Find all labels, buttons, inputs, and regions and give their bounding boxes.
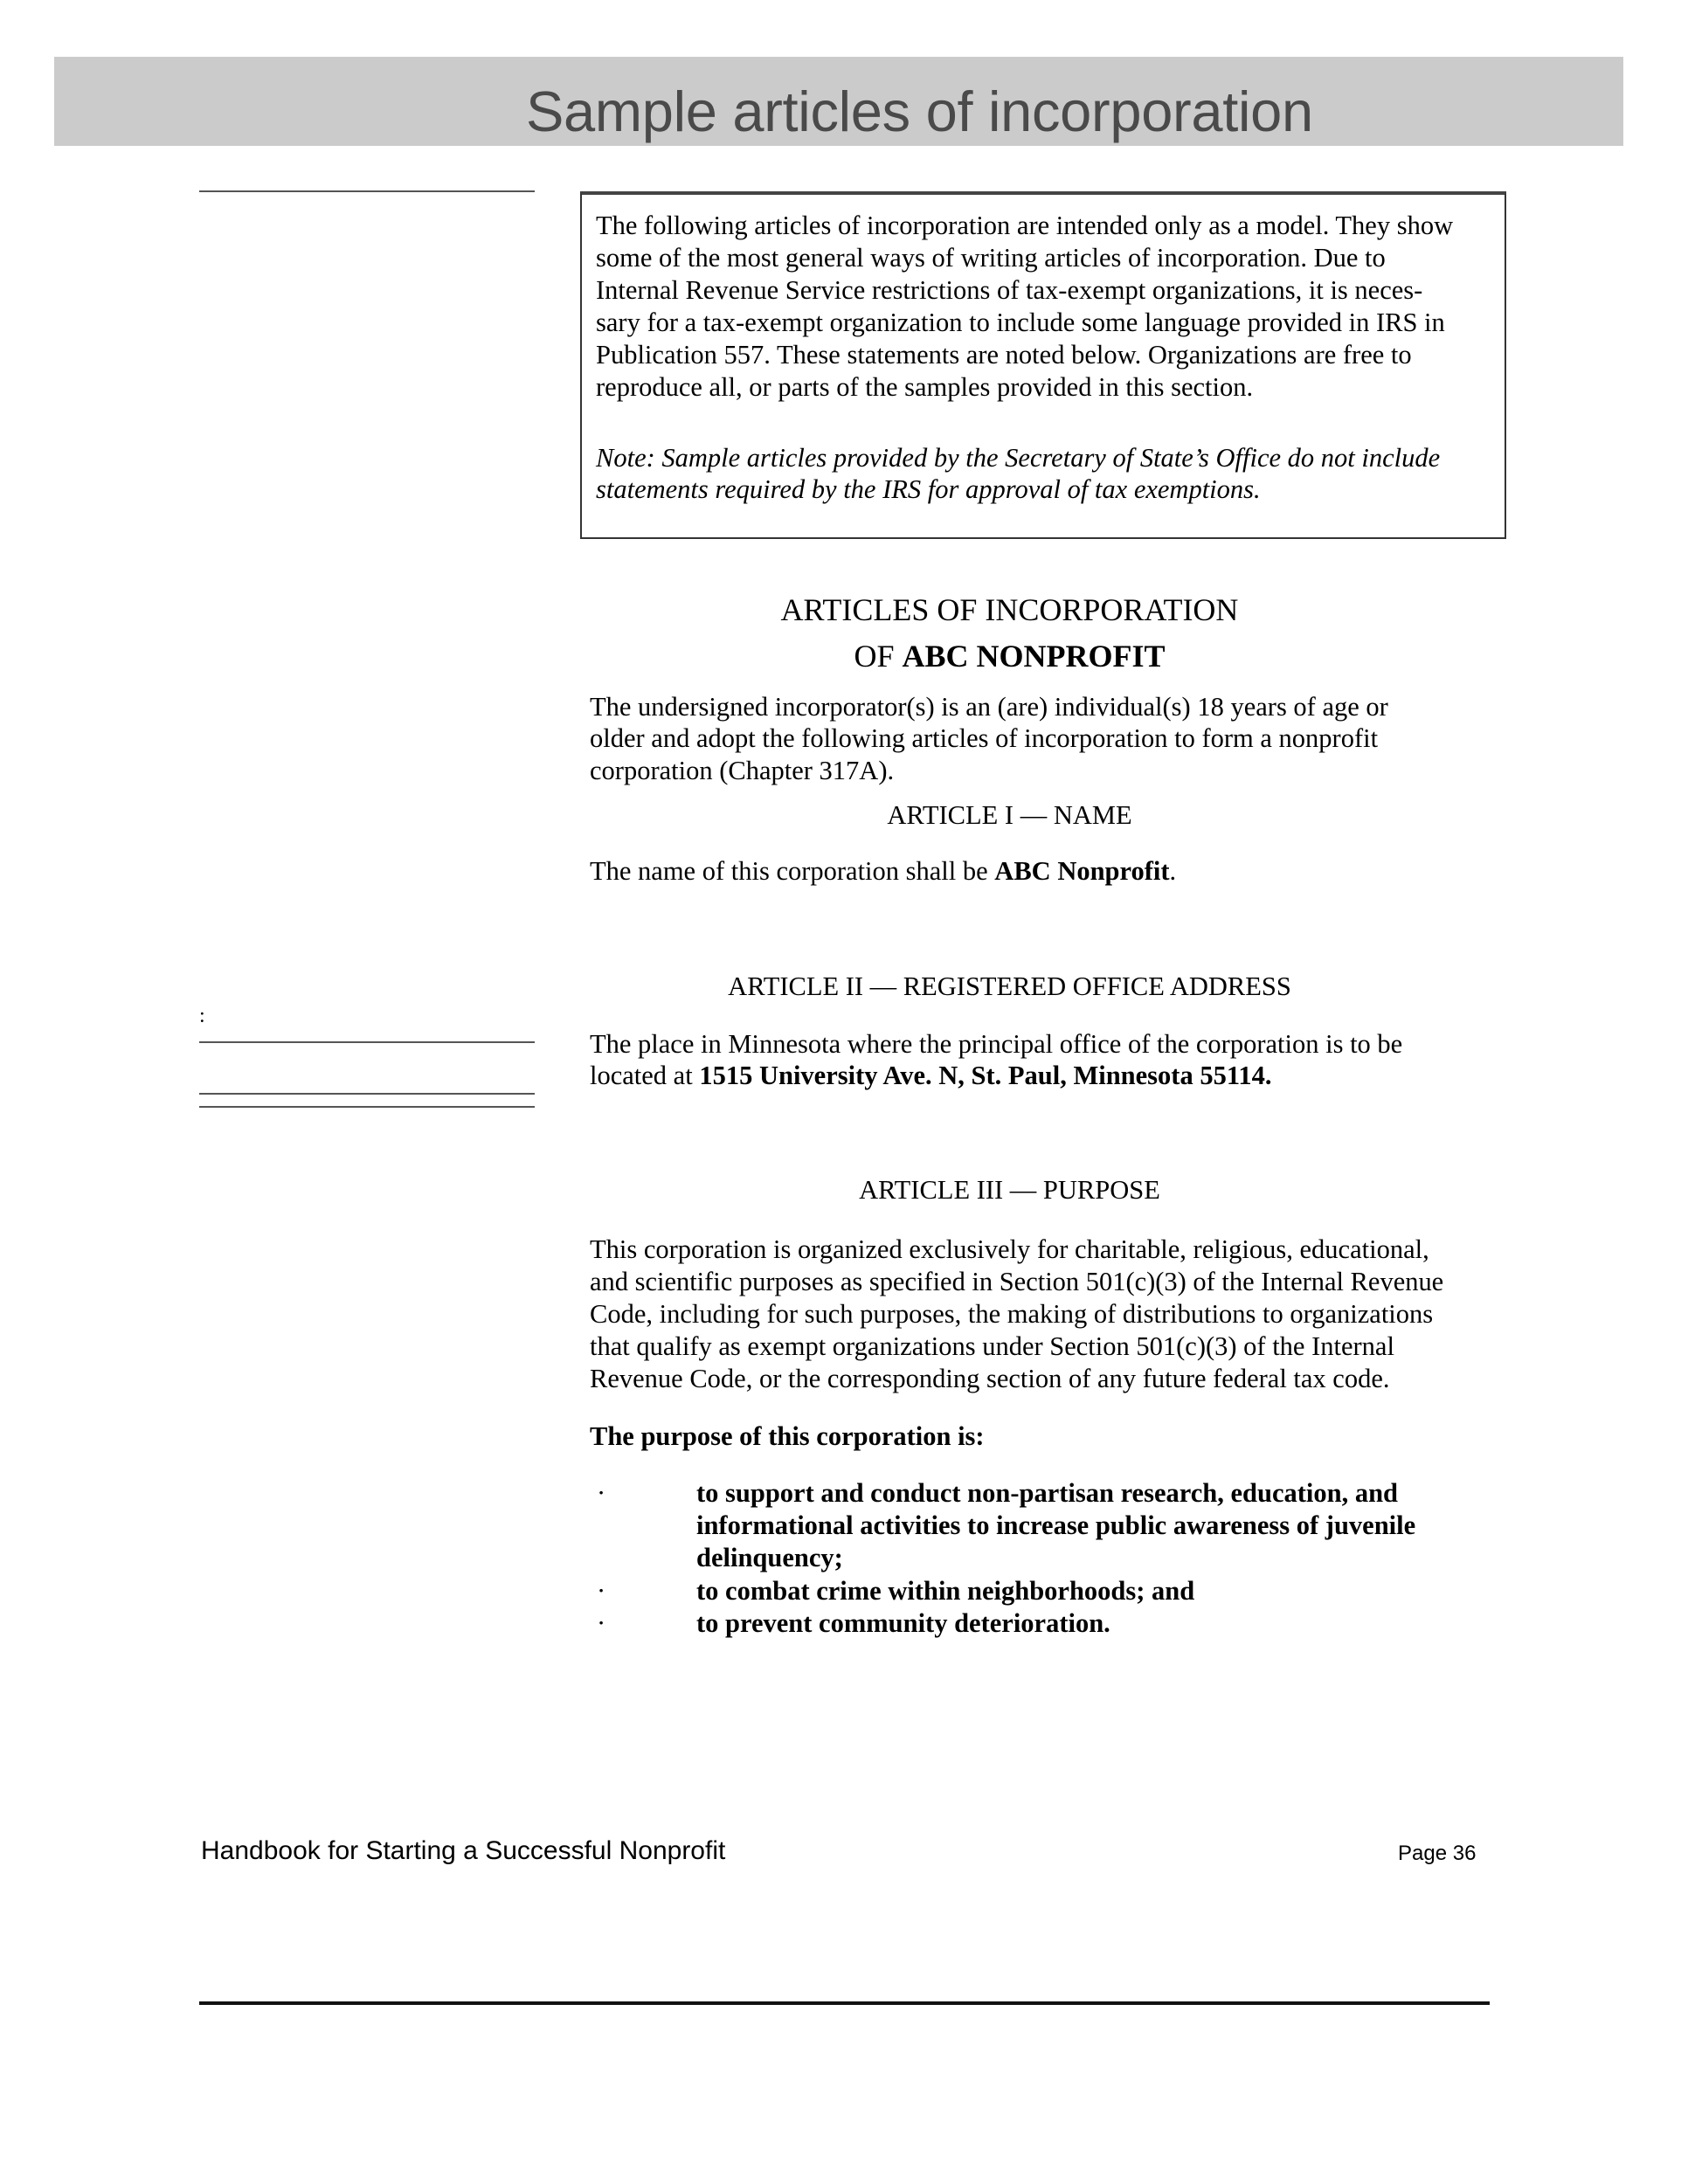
note-line: statements required by the IRS for appro… (596, 476, 1261, 503)
footer-handbook-title: Handbook for Starting a Successful Nonpr… (201, 1838, 725, 1864)
document-heading-line1: ARTICLES OF INCORPORATION (590, 594, 1429, 625)
article-2-line1: The place in Minnesota where the princip… (590, 1031, 1402, 1058)
list-item-continued: informational activities to increase pub… (696, 1512, 1415, 1539)
document-heading-line2: OF ABC NONPROFIT (590, 640, 1429, 672)
article-3-line: This corporation is organized exclusivel… (590, 1236, 1429, 1263)
sidebar-colon: : (199, 1005, 205, 1028)
sidebar-rule (199, 1093, 535, 1095)
note-line: Note: Sample articles provided by the Se… (596, 445, 1440, 472)
list-item-continued: delinquency; (696, 1545, 843, 1572)
article-1-text-suffix: . (1170, 856, 1177, 886)
intro-line: reproduce all, or parts of the samples p… (596, 374, 1253, 401)
list-item: to support and conduct non-partisan rese… (696, 1480, 1398, 1507)
intro-line: some of the most general ways of writing… (596, 245, 1386, 272)
footer-rule (199, 2001, 1490, 2005)
article-3-line: Revenue Code, or the corresponding secti… (590, 1365, 1390, 1393)
article-3-line: Code, including for such purposes, the m… (590, 1301, 1433, 1328)
list-item: to combat crime within neighborhoods; an… (696, 1578, 1194, 1605)
registered-address: 1515 University Ave. N, St. Paul, Minnes… (699, 1061, 1271, 1090)
intro-line: Publication 557. These statements are no… (596, 342, 1412, 369)
address-prefix: located at (590, 1061, 699, 1090)
bullet-icon: · (597, 1480, 605, 1507)
preamble-line: corporation (Chapter 317A). (590, 757, 894, 784)
heading-prefix: OF (854, 639, 902, 674)
bullet-icon: · (597, 1610, 605, 1637)
article-3-heading: ARTICLE III — PURPOSE (590, 1177, 1429, 1204)
article-1-text-prefix: The name of this corporation shall be (590, 856, 994, 886)
preamble-line: older and adopt the following articles o… (590, 725, 1378, 752)
sidebar-rule (199, 1041, 535, 1043)
purpose-label: The purpose of this corporation is: (590, 1423, 985, 1450)
article-3-line: and scientific purposes as specified in … (590, 1268, 1443, 1296)
article-2-heading: ARTICLE II — REGISTERED OFFICE ADDRESS (590, 973, 1429, 1000)
article-3-line: that qualify as exempt organizations und… (590, 1333, 1394, 1360)
intro-line: sary for a tax-exempt organization to in… (596, 309, 1445, 336)
page-title: Sample articles of incorporation (526, 83, 1313, 140)
sidebar-rule (199, 190, 535, 192)
article-2-line2: located at 1515 University Ave. N, St. P… (590, 1062, 1272, 1089)
intro-line: Internal Revenue Service restrictions of… (596, 277, 1422, 304)
article-1-name: ABC Nonprofit (994, 856, 1169, 886)
intro-line: The following articles of incorporation … (596, 212, 1453, 239)
page-number: Page 36 (1398, 1843, 1476, 1864)
organization-name: ABC NONPROFIT (903, 639, 1166, 674)
bullet-icon: · (597, 1578, 605, 1605)
sidebar-rule (199, 1106, 535, 1108)
preamble-line: The undersigned incorporator(s) is an (a… (590, 694, 1388, 721)
list-item: to prevent community deterioration. (696, 1610, 1110, 1637)
article-1-text: The name of this corporation shall be AB… (590, 858, 1176, 885)
article-1-heading: ARTICLE I — NAME (590, 802, 1429, 829)
